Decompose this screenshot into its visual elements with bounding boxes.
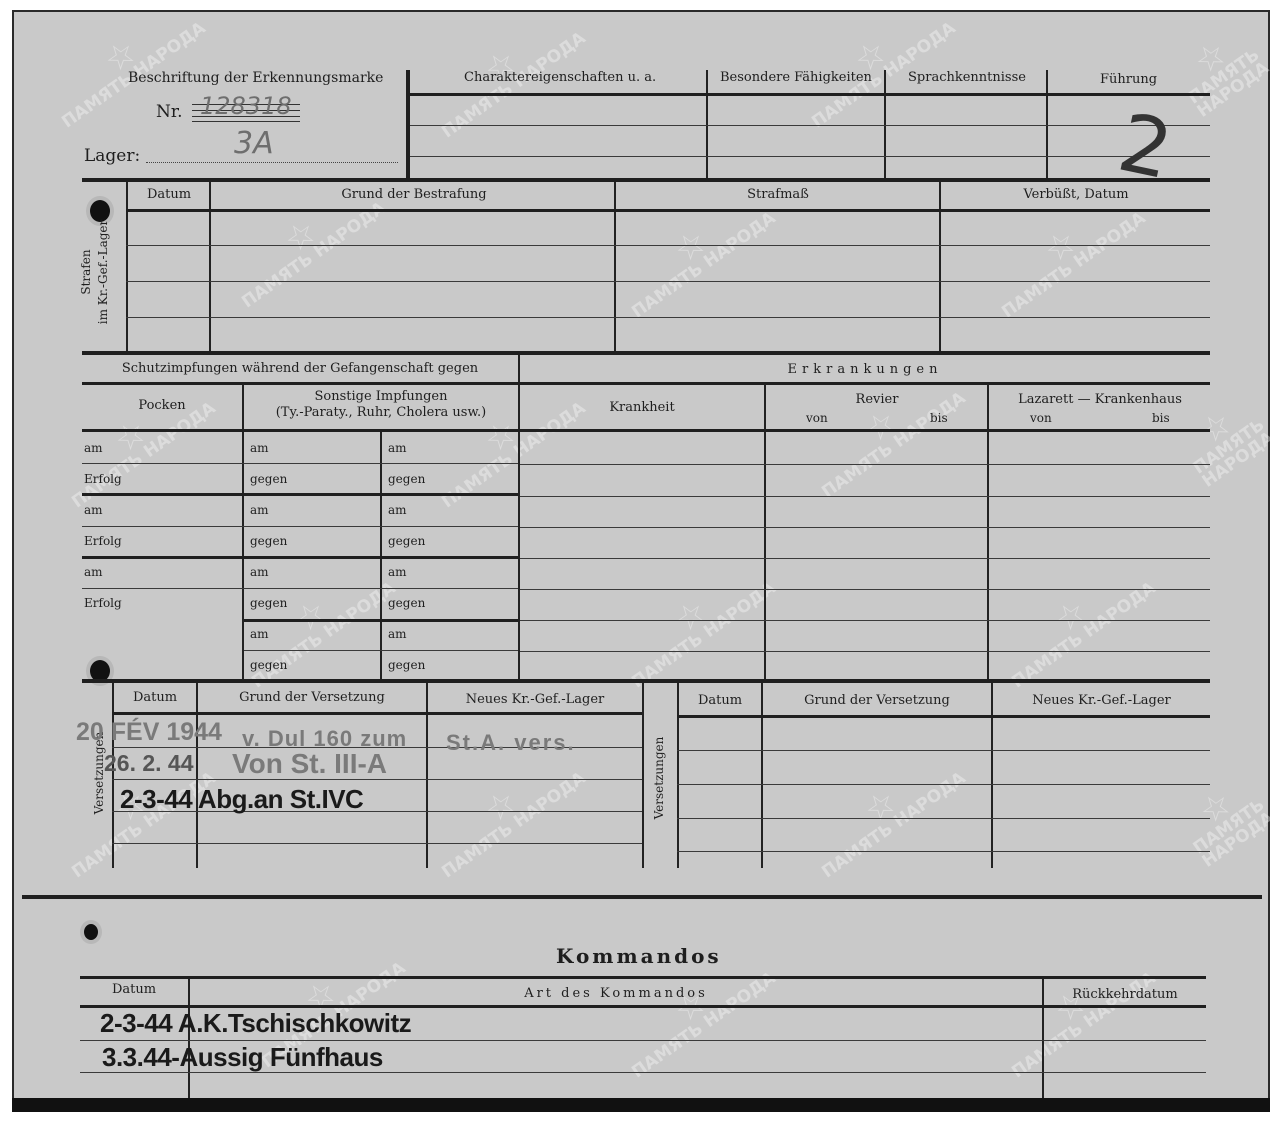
col-divider — [426, 683, 428, 868]
revier-bis: bis — [930, 411, 948, 425]
sonstige-row: am — [250, 627, 269, 641]
col-divider — [991, 683, 993, 868]
sonstige-row: am — [388, 565, 407, 579]
sonstige-row: gegen — [388, 658, 425, 672]
col-lager-right: Neues Kr.-Gef.-Lager — [993, 693, 1210, 708]
kommando-entry: 2-3-44 A.K.Tschischkowitz — [100, 1008, 411, 1039]
strafen-label-2: im Kr.-Gef.-Lager — [95, 212, 112, 332]
col-divider — [764, 384, 766, 681]
rule — [112, 843, 642, 844]
col-strafmass: Strafmaß — [616, 187, 940, 202]
sonstige-row: am — [388, 441, 407, 455]
col-grund-bestrafung: Grund der Bestrafung — [212, 187, 616, 202]
sonstige-row: gegen — [250, 472, 287, 486]
section-rule — [22, 895, 1262, 899]
sonstige-row: gegen — [388, 472, 425, 486]
rule — [244, 619, 518, 622]
kommandos-title: Kommandos — [556, 944, 722, 968]
stamp-date-26-2: 26. 2. 44 — [104, 750, 194, 777]
kommando-entry: 3.3.44-Aussig Fünfhaus — [102, 1042, 383, 1073]
col-divider — [761, 683, 763, 868]
rule — [126, 317, 1210, 318]
col-sprachkenntnisse: Sprachkenntnisse — [908, 70, 1026, 85]
rule — [520, 527, 1210, 528]
col-divider — [642, 683, 644, 868]
rule — [520, 651, 1210, 652]
rule — [126, 281, 1210, 282]
impfungen-title: Schutzimpfungen während der Gefangenscha… — [82, 361, 518, 376]
col-charakter: Charaktereigenschaften u. a. — [464, 70, 656, 85]
pocken-row: Erfolg — [84, 472, 122, 486]
versetzungen-side-label-right: Versetzungen — [652, 728, 668, 828]
col-divider — [614, 182, 616, 352]
col-divider — [987, 384, 989, 681]
erkennungsmarke-title: Beschriftung der Erkennungsmarke — [128, 70, 383, 86]
revier-von: von — [806, 411, 828, 425]
pocken-row: am — [84, 441, 103, 455]
col-datum-right: Datum — [679, 693, 761, 708]
stamp-date-feb: 20 FÉV 1944 — [76, 718, 222, 747]
lazarett-von: von — [1030, 411, 1052, 425]
sonstige-row: gegen — [250, 534, 287, 548]
section-rule — [82, 178, 1210, 182]
col-datum: Datum — [128, 187, 210, 202]
scan-edge — [12, 1098, 1270, 1112]
col-grund-left: Grund der Versetzung — [198, 690, 426, 705]
col-sonstige: Sonstige Impfungen (Ty.-Paraty., Ruhr, C… — [244, 389, 518, 421]
rule — [520, 589, 1210, 590]
col-divider — [209, 182, 211, 352]
strafen-label-1: Strafen — [78, 212, 95, 332]
rule — [520, 496, 1210, 497]
rule — [126, 245, 1210, 246]
col-divider — [939, 182, 941, 352]
rule — [677, 851, 1210, 852]
strafen-divider — [126, 182, 128, 352]
lager-label: Lager: — [84, 146, 140, 166]
sonstige-row: gegen — [250, 658, 287, 672]
rule — [410, 93, 1210, 96]
col-pocken: Pocken — [82, 398, 242, 413]
rule — [520, 464, 1210, 465]
rule — [82, 588, 518, 589]
sonstige-row: gegen — [388, 534, 425, 548]
rule — [410, 125, 1210, 126]
rule — [677, 818, 1210, 819]
rule — [410, 156, 1210, 157]
rule — [112, 712, 642, 715]
rule — [82, 526, 518, 527]
pocken-row: am — [84, 503, 103, 517]
col-verbuesst: Verbüßt, Datum — [942, 187, 1210, 202]
col-rueckkehr: Rückkehrdatum — [1044, 987, 1206, 1002]
sonstige-row: gegen — [250, 596, 287, 610]
rule — [82, 556, 518, 559]
lager-dotted-line — [146, 162, 398, 163]
col-datum-left: Datum — [114, 690, 196, 705]
rule — [82, 463, 518, 464]
pocken-row: Erfolg — [84, 534, 122, 548]
rule — [677, 715, 1210, 718]
punch-hole — [84, 924, 98, 940]
stamp-abg-st-ivc: 2-3-44 Abg.an St.IVC — [120, 784, 363, 815]
lazarett-bis: bis — [1152, 411, 1170, 425]
stamp-von-st-iiia: Von St. III-A — [232, 748, 387, 780]
lager-value: 3A — [234, 126, 274, 161]
erkrankungen-title: Erkrankungen — [520, 362, 1210, 377]
stamp-lager-sta: St.A. vers. — [446, 730, 576, 756]
col-art: Art des Kommandos — [190, 986, 1042, 1001]
col-revier: Revier — [766, 392, 988, 407]
sonstige-row: am — [388, 627, 407, 641]
sonstige-row: am — [250, 441, 269, 455]
rule — [520, 558, 1210, 559]
section-rule — [82, 679, 1210, 683]
rule — [126, 209, 1210, 212]
rule — [82, 493, 518, 496]
col-lager-left: Neues Kr.-Gef.-Lager — [428, 692, 642, 707]
pocken-row: Erfolg — [84, 596, 122, 610]
rule — [520, 620, 1210, 621]
rule — [677, 784, 1210, 785]
col-fuehrung: Führung — [1100, 72, 1157, 87]
sonstige-row: gegen — [388, 596, 425, 610]
nr-value: 128318 — [200, 92, 292, 120]
rule — [244, 650, 518, 651]
sonstige-label: Sonstige Impfungen — [244, 389, 518, 405]
sonstige-row: am — [250, 565, 269, 579]
sonstige-row: am — [388, 503, 407, 517]
pocken-row: am — [84, 565, 103, 579]
rule — [80, 976, 1206, 979]
strafen-side-label: Strafen im Kr.-Gef.-Lager — [78, 212, 118, 332]
section-rule — [82, 351, 1210, 355]
col-divider — [677, 683, 679, 868]
col-faehigkeiten: Besondere Fähigkeiten — [720, 70, 872, 85]
nr-label: Nr. — [156, 102, 183, 122]
col-grund-right: Grund der Versetzung — [763, 693, 991, 708]
col-lazarett: Lazarett — Krankenhaus — [990, 392, 1210, 407]
col-divider — [196, 683, 198, 868]
sonstige-sublabel: (Ty.-Paraty., Ruhr, Cholera usw.) — [244, 405, 518, 421]
rule — [677, 750, 1210, 751]
rule — [82, 429, 1210, 432]
sonstige-row: am — [250, 503, 269, 517]
rule — [82, 382, 1210, 385]
col-datum: Datum — [80, 982, 188, 997]
rule — [80, 1040, 1206, 1041]
col-krankheit: Krankheit — [520, 400, 764, 415]
